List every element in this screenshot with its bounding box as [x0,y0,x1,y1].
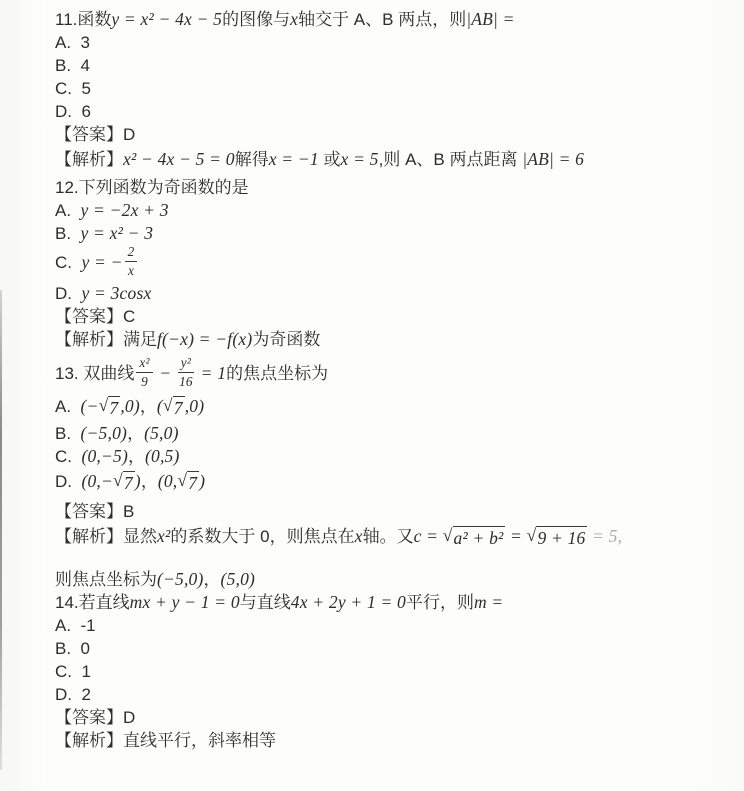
text-run: 14.若直线 [55,593,130,612]
radical-expression: √7 [113,471,135,494]
radical-sign-icon: √ [113,470,123,493]
q11-option-a: A. 3 [55,32,726,53]
text-run: 【解析】满足 [55,330,157,349]
q13-option-d: D. (0,−√7)，(0,√7) [55,471,726,494]
text-run: 的焦点坐标为 [226,364,328,383]
q14-answer: 【答案】D [55,707,726,728]
math-run: y = −2x + 3 [81,200,169,220]
text-run: 13. 双曲线 [55,364,134,383]
text-run: 【解析】显然 [55,527,157,546]
math-run: y = x² − 4x − 5 [111,9,222,29]
radical-expression: √7 [177,471,199,494]
radicand: 7 [187,471,199,494]
text-run: 与直线 [240,593,291,612]
text-run: 轴交于 A、B 两点，则 [298,10,466,29]
q14-option-d: D. 2 [55,684,726,705]
text-run: 轴。又 [363,527,414,546]
radical-sign-icon: √ [177,470,187,493]
fraction: x²9 [136,355,152,390]
q13-option-a: A. (−√7,0)，(√7,0) [55,396,726,419]
scan-edge-artifact [0,290,2,770]
q12-option-d: D. y = 3cosx [55,283,726,304]
q11-option-c: C. 5 [55,78,726,99]
fraction-denominator: 16 [179,373,193,390]
text-run: 的系数大于 0，则焦点在 [170,527,354,546]
text-run: C. [55,447,81,466]
text-run: ， [141,472,158,491]
text-run: D. [55,284,81,303]
fraction-denominator: x [128,262,134,279]
q13-header: 13. 双曲线x²9 − y²16 = 1的焦点坐标为 [55,357,726,392]
math-run: (− [81,396,99,416]
math-run: (0,− [81,471,113,491]
math-run: ,0) [120,396,140,416]
math-run: = [505,526,526,546]
q12-header: 12.下列函数为奇函数的是 [55,177,726,198]
fraction-numerator: 2 [125,244,138,262]
math-run: x² [157,526,170,546]
radicand: 9 + 16 [536,526,587,549]
math-run: x = 5 [341,149,379,169]
q14-header: 14.若直线mx + y − 1 = 0与直线4x + 2y + 1 = 0平行… [55,592,726,613]
math-run: = 5, [587,526,622,546]
text-run: D. [55,472,81,491]
q13-option-b: B. (−5,0)，(5,0) [55,423,726,444]
radical-sign-icon: √ [443,525,453,548]
q14-option-c: C. 1 [55,661,726,682]
radical-expression: √7 [163,396,185,419]
math-run: (0, [158,471,178,491]
math-run: ,0) [185,396,205,416]
q13-answer: 【答案】B [55,501,726,522]
math-run: (5,0) [221,569,256,589]
text-run: 11.函数 [55,10,111,29]
math-run: (−5,0) [81,423,128,443]
radical-sign-icon: √ [99,395,109,418]
text-run: 的图像与 [222,10,290,29]
math-run: (5,0) [144,423,179,443]
text-run: B. [55,424,81,443]
fraction-denominator: 9 [141,373,148,390]
text-run: B. [55,224,81,243]
text-run: ， [127,424,144,443]
q12-option-b: B. y = x² − 3 [55,223,726,244]
text-run: ,则 A、B 两点距离 [379,150,523,169]
q12-analysis: 【解析】满足f(−x) = −f(x)为奇函数 [55,329,726,350]
text-run: 平行，则 [406,593,474,612]
text-run: 或 [319,150,341,169]
math-run: x [355,526,363,546]
math-run: |AB| = 6 [522,149,584,169]
fraction-numerator: x² [136,355,152,373]
math-run: x² − 4x − 5 = 0 [123,149,235,169]
text-run: ， [140,397,157,416]
text-run: A. [55,201,81,220]
text-run: ， [128,447,145,466]
math-run: (0,5) [145,446,180,466]
fraction: 2x [125,244,138,279]
radicand: 7 [108,396,120,419]
fraction-numerator: y² [178,355,194,373]
q13-analysis-line2: 则焦点坐标为(−5,0)，(5,0) [55,569,726,590]
math-run: x = −1 [269,149,319,169]
q11-answer: 【答案】D [55,124,726,145]
radicand: 7 [173,396,185,419]
q14-analysis: 【解析】直线平行，斜率相等 [55,730,726,751]
radical-sign-icon: √ [163,395,173,418]
math-run: y = 3cosx [81,283,151,303]
text-run: ， [204,570,221,589]
q11-option-d: D. 6 [55,101,726,122]
q12-option-c: C. y = −2x [55,246,726,281]
math-run: ) [199,471,205,491]
q12-option-a: A. y = −2x + 3 [55,200,726,221]
text-run: 解得 [235,150,269,169]
q12-answer: 【答案】C [55,306,726,327]
text-run: 为奇函数 [252,330,320,349]
q11-header: 11.函数y = x² − 4x − 5的图像与x轴交于 A、B 两点，则|AB… [55,9,726,30]
math-run: (−5,0) [157,569,204,589]
math-run: 4x + 2y + 1 = 0 [291,592,406,612]
exam-page: 11.函数y = x² − 4x − 5的图像与x轴交于 A、B 两点，则|AB… [0,0,744,791]
math-run: y = − [81,252,122,272]
q13-analysis-line1: 【解析】显然x²的系数大于 0，则焦点在x轴。又c = √a² + b² = √… [55,526,726,549]
radicand: a² + b² [453,526,506,549]
math-run: x [290,9,298,29]
q11-analysis: 【解析】x² − 4x − 5 = 0解得x = −1 或x = 5,则 A、B… [55,149,726,170]
math-run: c = [414,526,443,546]
q14-option-a: A. -1 [55,615,726,636]
text-run: C. [55,253,81,272]
math-run: = 1 [196,363,226,383]
math-run: f(−x) = −f(x) [157,329,252,349]
math-run: m = [474,592,503,612]
radical-expression: √a² + b² [443,526,506,549]
text-run: 【解析】 [55,150,123,169]
math-run: y = x² − 3 [81,223,154,243]
text-run: 则焦点坐标为 [55,570,157,589]
q14-option-b: B. 0 [55,638,726,659]
math-run: − [155,363,176,383]
text-run: A. [55,397,81,416]
radicand: 7 [123,471,135,494]
fraction: y²16 [178,355,194,390]
radical-expression: √7 [99,396,121,419]
q11-option-b: B. 4 [55,55,726,76]
q13-option-c: C. (0,−5)，(0,5) [55,446,726,467]
math-run: (0,−5) [81,446,128,466]
radical-sign-icon: √ [527,525,537,548]
radical-expression: √9 + 16 [527,526,588,549]
math-run: |AB| = [466,9,514,29]
math-run: mx + y − 1 = 0 [130,592,240,612]
